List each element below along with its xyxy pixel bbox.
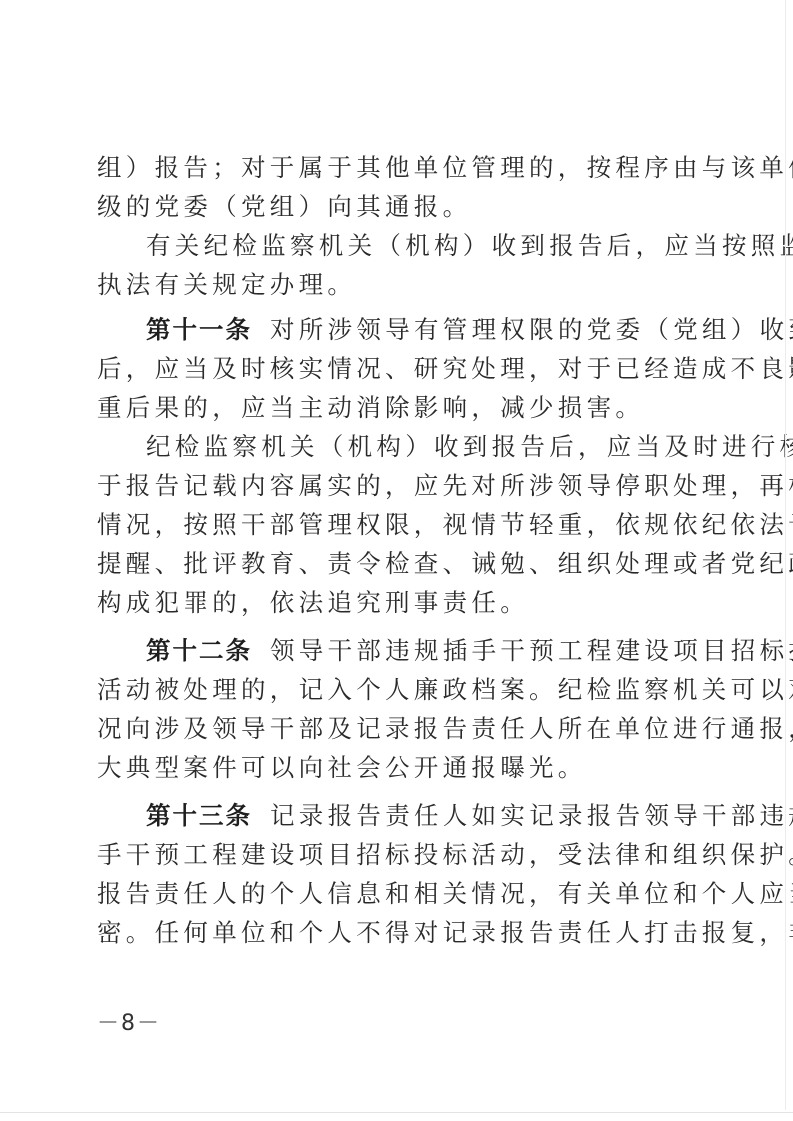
text-line: 重后果的，应当主动消除影响，减少损害。 — [97, 393, 697, 423]
article-text: 对所涉领导有管理权限的党委（党组）收到报告 — [270, 315, 793, 344]
text-line: 报告责任人的个人信息和相关情况，有关单位和个人应当予以保 — [97, 879, 697, 909]
text-line: 级的党委（党组）向其通报。 — [97, 192, 697, 222]
page-edge-right — [785, 0, 786, 1110]
paragraph-start-line: 有关纪检监察机关（机构）收到报告后，应当按照监督执纪 — [146, 231, 746, 261]
article-heading: 第十一条 — [146, 315, 252, 344]
page-number: －8－ — [97, 1006, 161, 1037]
article-13-line: 第十三条记录报告责任人如实记录报告领导干部违规插 — [146, 801, 746, 831]
article-text: 领导干部违规插手干预工程建设项目招标投标 — [270, 636, 793, 665]
paragraph-start-line: 纪检监察机关（机构）收到报告后，应当及时进行核查，对 — [146, 432, 746, 462]
text-line: 于报告记载内容属实的，应先对所涉领导停职处理，再根据调查 — [97, 471, 697, 501]
article-heading: 第十三条 — [146, 801, 252, 830]
text-line: 大典型案件可以向社会公开通报曝光。 — [97, 753, 697, 783]
article-11-line: 第十一条对所涉领导有管理权限的党委（党组）收到报告 — [146, 315, 746, 345]
text-line: 提醒、批评教育、责令检查、诫勉、组织处理或者党纪政务处分； — [97, 549, 697, 579]
text-line: 组）报告；对于属于其他单位管理的，按程序由与该单位同一层 — [97, 153, 697, 183]
text-line: 况向涉及领导干部及记录报告责任人所在单位进行通报，对于重 — [97, 714, 697, 744]
text-line: 构成犯罪的，依法追究刑事责任。 — [97, 588, 697, 618]
text-line: 手干预工程建设项目招标投标活动，受法律和组织保护。对记录 — [97, 840, 697, 870]
page-edge-bottom — [0, 1112, 793, 1113]
document-page: 组）报告；对于属于其他单位管理的，按程序由与该单位同一层 级的党委（党组）向其通… — [0, 0, 793, 1121]
article-text: 记录报告责任人如实记录报告领导干部违规插 — [270, 801, 793, 830]
text-line: 后，应当及时核实情况、研究处理，对于已经造成不良影响和严 — [97, 354, 697, 384]
text-line: 执法有关规定办理。 — [97, 270, 697, 300]
article-12-line: 第十二条领导干部违规插手干预工程建设项目招标投标 — [146, 636, 746, 666]
article-heading: 第十二条 — [146, 636, 252, 665]
text-line: 密。任何单位和个人不得对记录报告责任人打击报复，非因法定 — [97, 918, 697, 948]
text-line: 活动被处理的，记入个人廉政档案。纪检监察机关可以对处理情 — [97, 675, 697, 705]
text-line: 情况，按照干部管理权限，视情节轻重，依规依纪依法予以谈话 — [97, 510, 697, 540]
